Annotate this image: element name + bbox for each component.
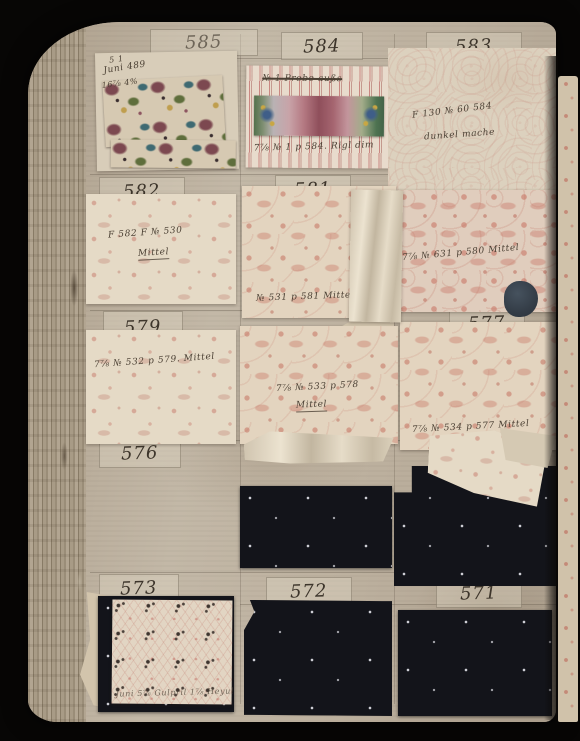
sample-580-crumpled-edge [349, 190, 403, 323]
sample-578-inscription-1: 7⅞ № 533 p 578 [276, 380, 359, 394]
label-584-number: 584 [303, 35, 341, 57]
sample-582: F 582 F № 530 Mittel [86, 194, 236, 304]
sample-583-inscription-2: dunkel mache [424, 128, 496, 143]
sample-book-photo: 585 584 583 582 581 580 579 577 576 573 … [0, 0, 580, 741]
sample-584: № 1 Probe außs 7⅞ № 1 p 584. Rigl dim [246, 65, 393, 168]
sample-578-inscription-2: Mittel [296, 399, 328, 412]
sample-582-inscription-2: Mittel [138, 247, 170, 261]
sample-585: 5 1 Juni 489 16⅞ 4% [95, 51, 239, 171]
adjacent-page-sliver [558, 76, 578, 722]
sample-579: 7⅞ № 532 p 579. Mittel [86, 330, 236, 444]
page-stack-fore-edge [28, 22, 94, 722]
sample-573-inscription: Juni 5⅞ Gulpril 1⅞ Heyul [116, 686, 235, 698]
sample-584-inscription-struck: № 1 Probe außs [262, 74, 342, 85]
sample-584-ombre-fabric [254, 96, 384, 137]
sample-585-fabric-lower [111, 139, 236, 168]
sample-584-inscription: 7⅞ № 1 p 584. Rigl dim [254, 140, 375, 153]
sample-573-print: Juni 5⅞ Gulpril 1⅞ Heyul [112, 599, 233, 704]
sample-578: 7⅞ № 533 p 578 Mittel [240, 326, 398, 444]
label-572-number: 572 [290, 580, 328, 602]
sample-582-inscription-1: F 582 F № 530 [108, 225, 183, 240]
sample-575-dark-swatch [240, 486, 392, 568]
sample-571-dark-swatch [398, 610, 552, 716]
sample-583-inscription-1: F 130 № 60 584 [412, 101, 493, 121]
label-576-number: 576 [121, 442, 159, 464]
sample-581-inscription: № 531 p 581 Mittel [256, 290, 355, 303]
sample-580-inscription: 7⅞ № 631 p 580 Mittel [402, 243, 520, 263]
label-584: 584 [281, 32, 363, 60]
sample-583: F 130 № 60 584 dunkel mache [388, 48, 556, 206]
sample-579-inscription: 7⅞ № 532 p 579. Mittel [94, 352, 215, 370]
book-gutter-shadow [544, 56, 558, 720]
sample-572-dark-swatch [244, 600, 392, 716]
sample-577: 7⅞ № 534 p 577 Mittel [400, 322, 556, 450]
